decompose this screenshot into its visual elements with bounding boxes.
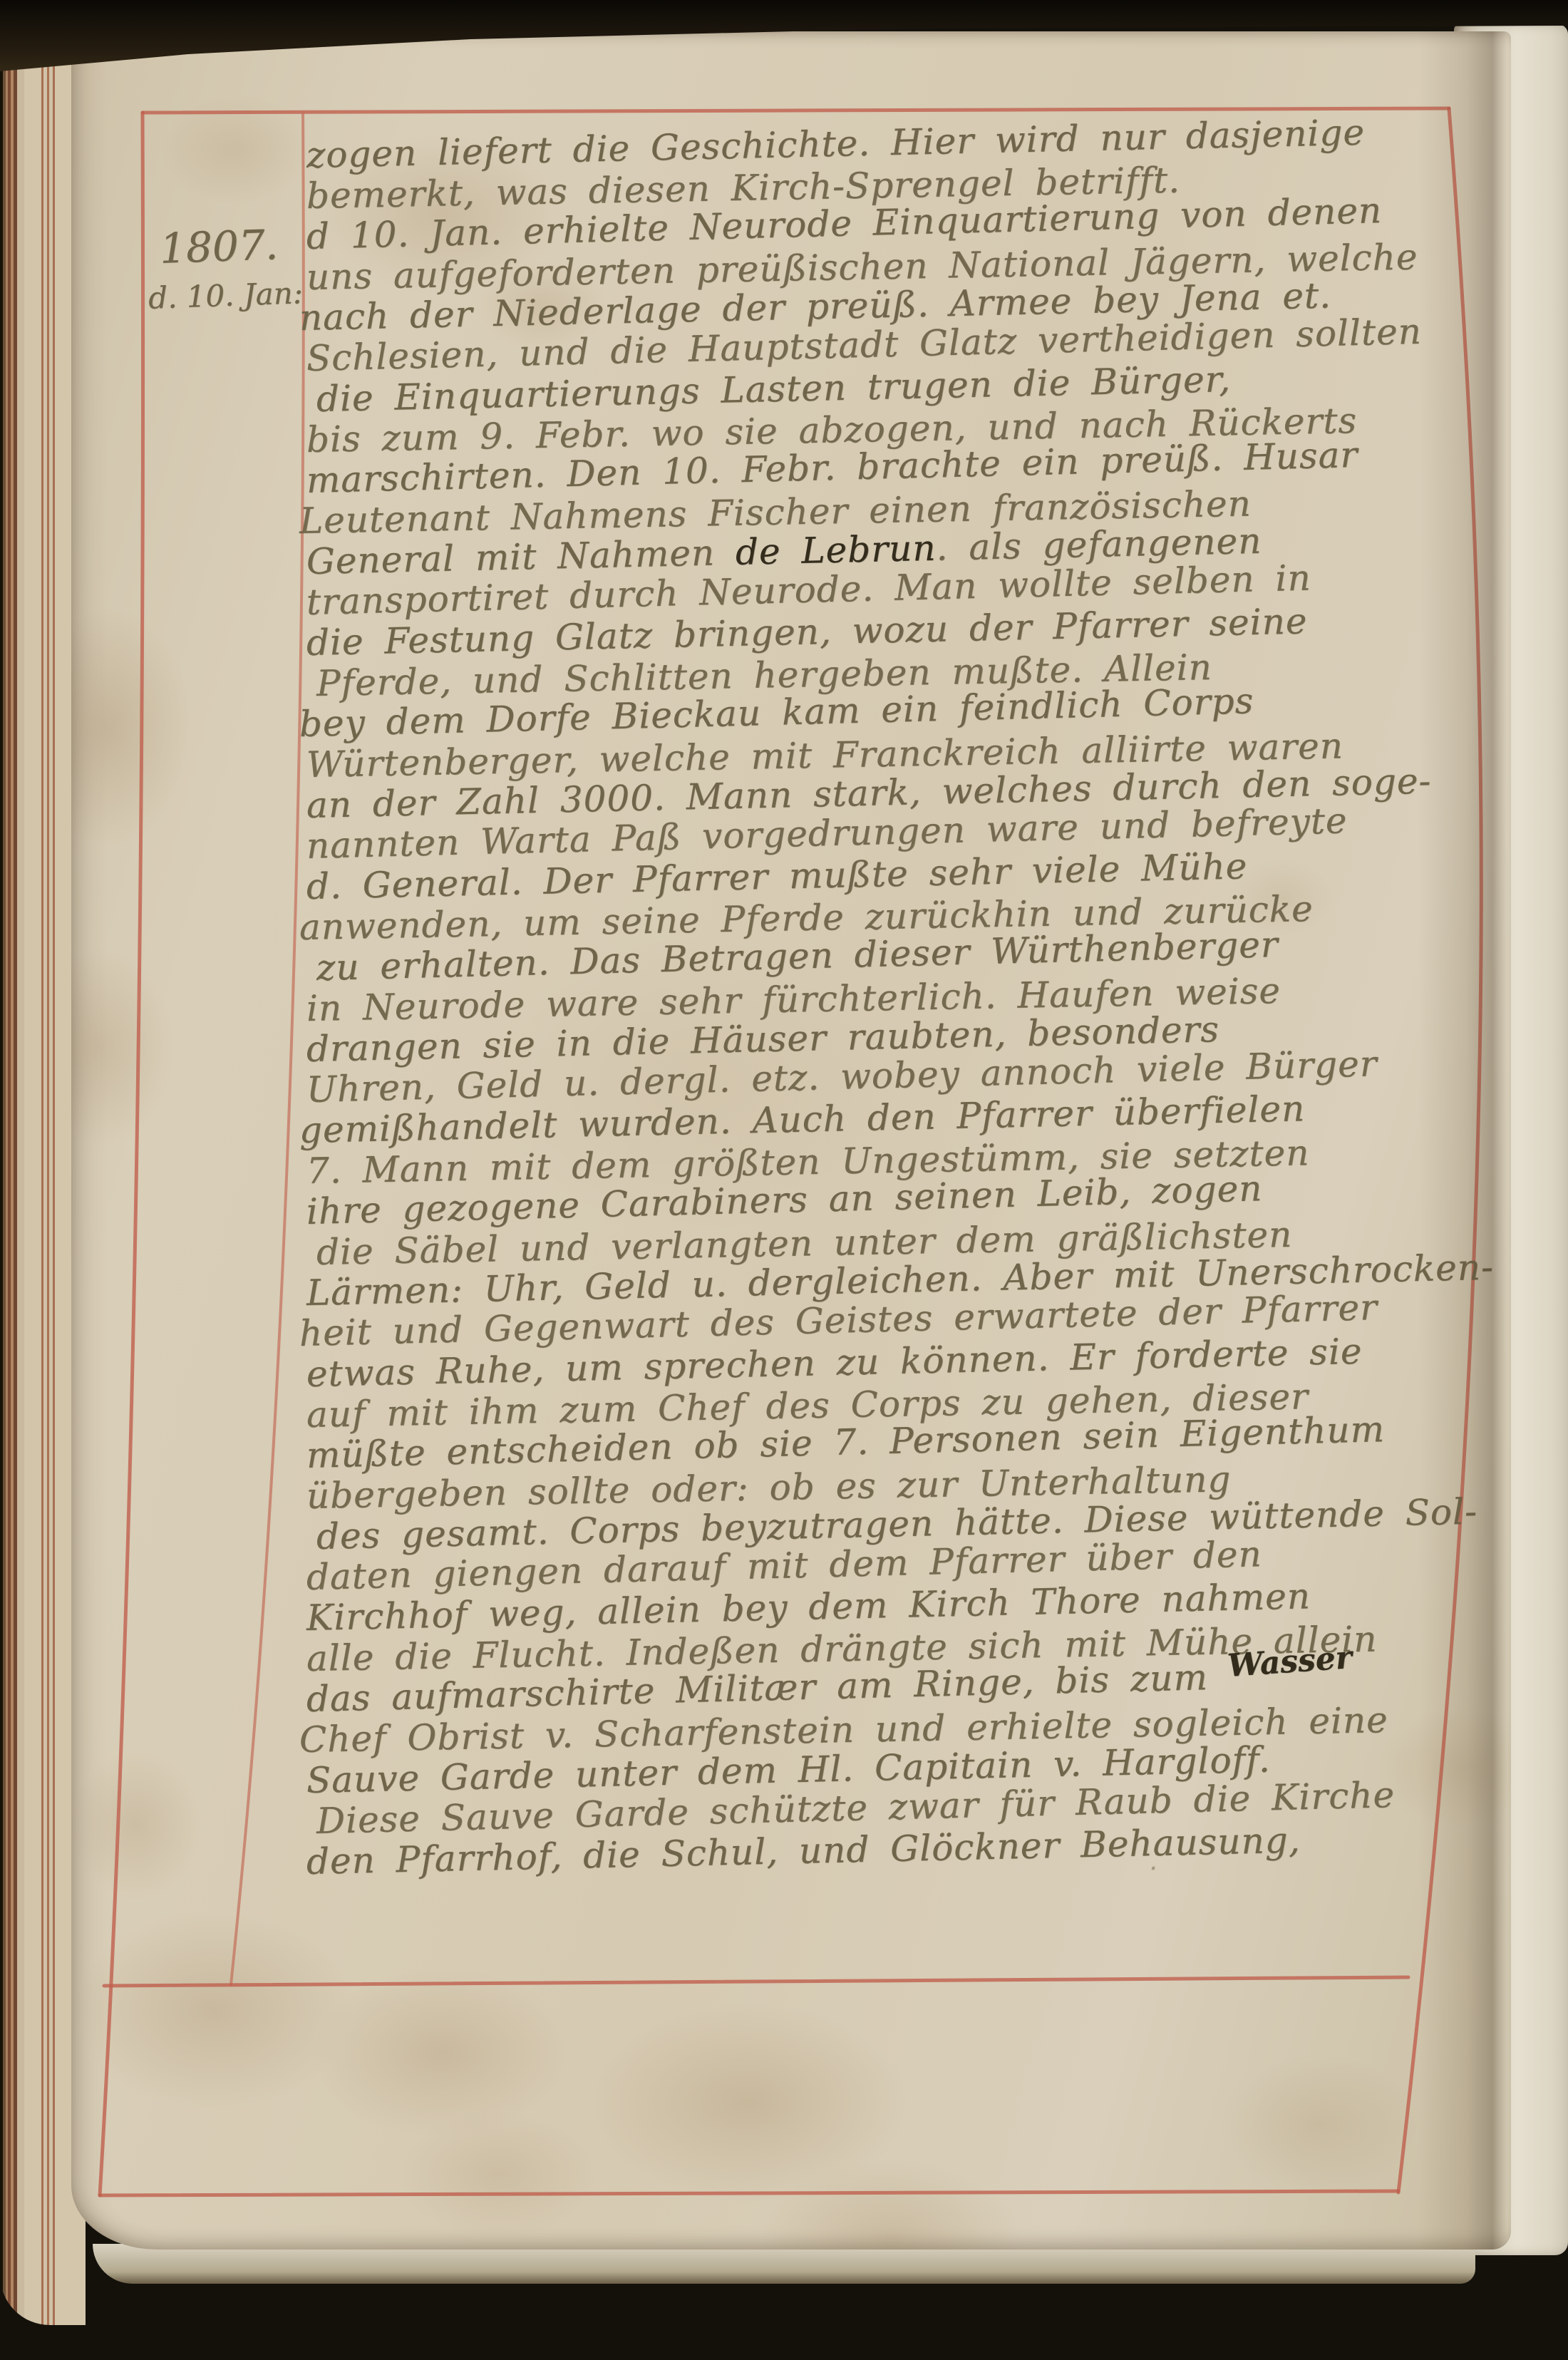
under-pages-bottom-edge xyxy=(93,2244,1475,2284)
margin-rule-line xyxy=(231,113,304,1984)
top-rule-line xyxy=(143,108,1449,113)
bottom-rule-line xyxy=(100,2191,1398,2195)
trailing-dots-mark: ⁚ xyxy=(1149,1848,1158,1876)
text-block: zogen liefert die Geschichte. Hier wird … xyxy=(306,135,1511,1882)
footer-divider-rule-line xyxy=(104,1977,1408,1986)
margin-date: d. 10. Jan: xyxy=(148,275,303,316)
left-rule-line xyxy=(100,113,143,2195)
margin-year: 1807. xyxy=(159,220,279,273)
manuscript-photo: 1807. d. 10. Jan: zogen liefert die Gesc… xyxy=(0,0,1568,2360)
manuscript-page: 1807. d. 10. Jan: zogen liefert die Gesc… xyxy=(71,31,1511,2250)
